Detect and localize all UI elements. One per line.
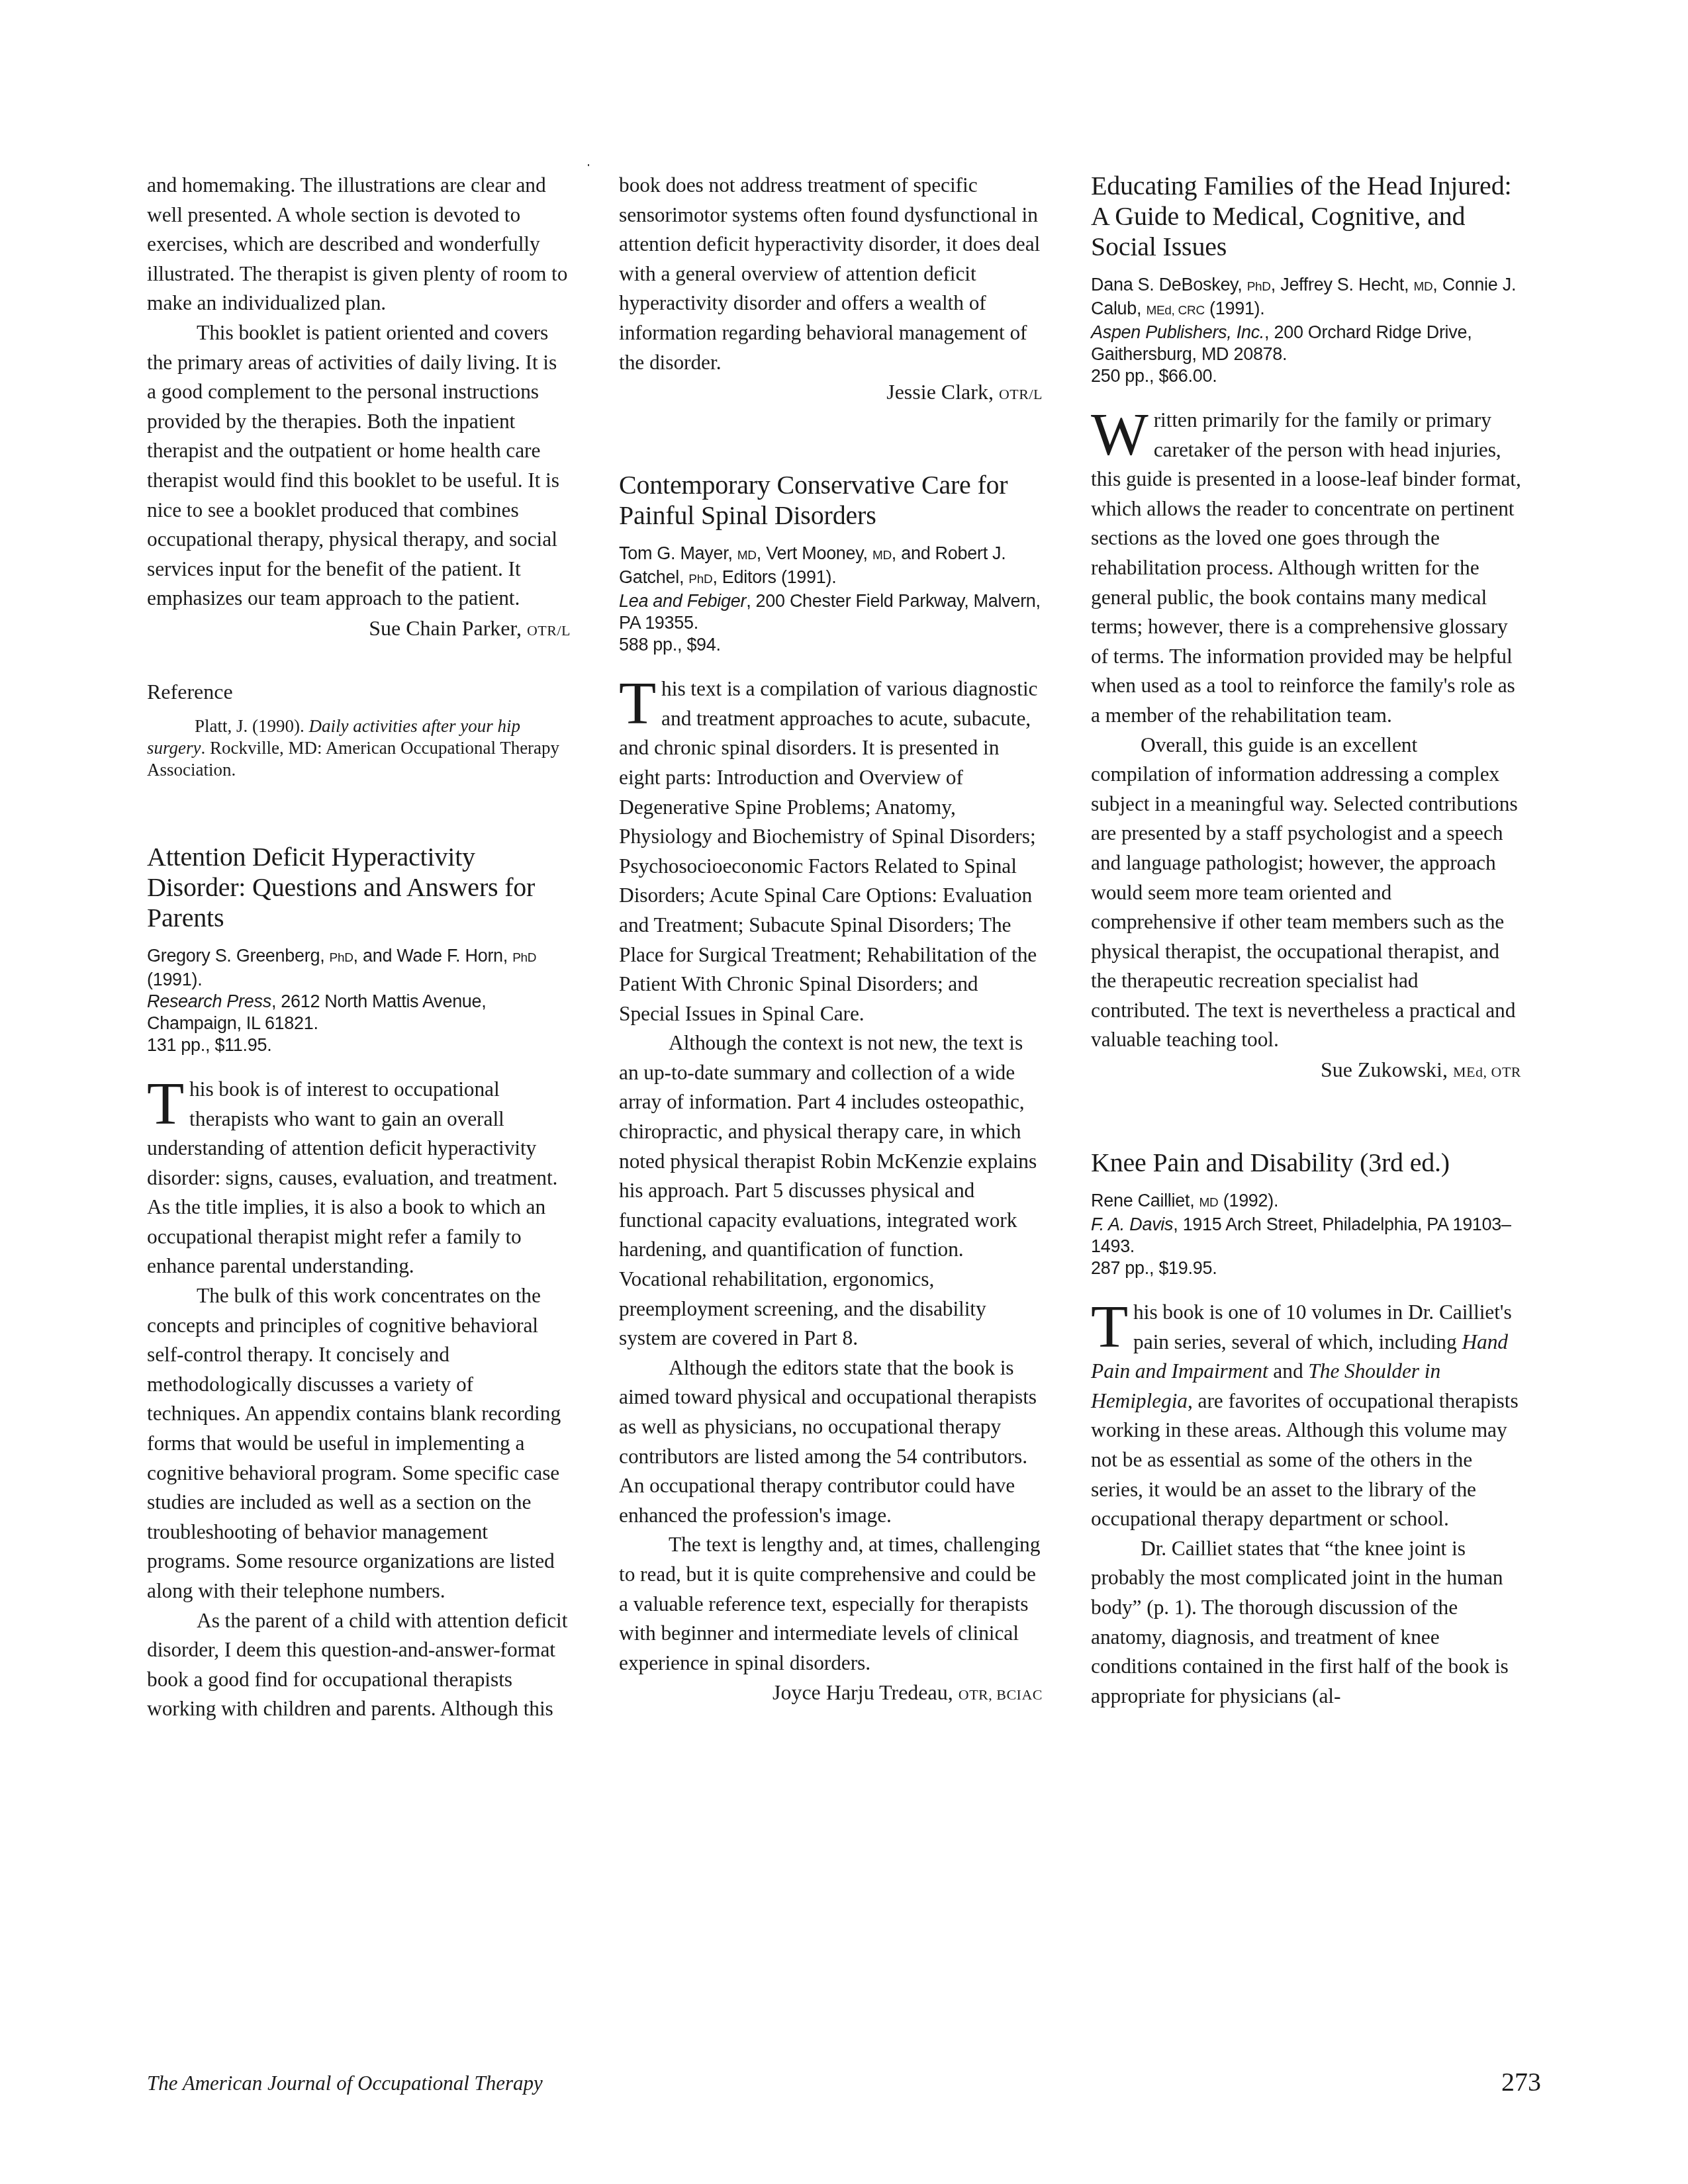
publisher: Lea and Febiger	[619, 591, 746, 611]
paragraph: As the parent of a child with attention …	[147, 1606, 571, 1724]
paragraph: Overall, this guide is an excellent comp…	[1091, 731, 1521, 1056]
paragraph: and homemaking. The illustrations are cl…	[147, 171, 571, 318]
bibliographic-info: Gregory S. Greenberg, PhD, and Wade F. H…	[147, 945, 571, 1056]
pages-price: 588 pp., $94.	[619, 635, 721, 655]
publisher: Research Press	[147, 991, 271, 1011]
reviewer-credentials: OTR, BCIAC	[959, 1686, 1043, 1703]
pages-price: 250 pp., $66.00.	[1091, 366, 1217, 386]
drop-cap: T	[147, 1079, 184, 1128]
bibliographic-info: Tom G. Mayer, MD, Vert Mooney, MD, and R…	[619, 543, 1043, 656]
reviewer-name: Sue Zukowski,	[1321, 1058, 1448, 1081]
bibliographic-info: Dana S. DeBoskey, PhD, Jeffrey S. Hecht,…	[1091, 274, 1521, 387]
paragraph: This book is one of 10 volumes in Dr. Ca…	[1091, 1298, 1521, 1534]
bibliographic-info: Rene Cailliet, MD (1992). F. A. Davis, 1…	[1091, 1190, 1521, 1279]
paragraph: The text is lengthy and, at times, chall…	[619, 1530, 1043, 1678]
reviewer-credentials: MEd, OTR	[1453, 1064, 1521, 1080]
review-title: Educating Families of the Head Injured: …	[1091, 171, 1521, 262]
paragraph: This text is a compilation of various di…	[619, 674, 1043, 1028]
reviewer-name: Sue Chain Parker,	[369, 616, 522, 640]
reviewer-credentials: OTR/L	[527, 622, 571, 639]
reviewer-signature: Sue Zukowski, MEd, OTR	[1091, 1055, 1521, 1087]
reviewer-name: Jessie Clark,	[886, 380, 994, 404]
paragraph: Although the context is not new, the tex…	[619, 1028, 1043, 1353]
paragraph: Written primarily for the family or prim…	[1091, 406, 1521, 731]
reviewer-name: Joyce Harju Tredeau,	[773, 1680, 953, 1704]
reviewer-signature: Joyce Harju Tredeau, OTR, BCIAC	[619, 1678, 1043, 1709]
column-1: and homemaking. The illustrations are cl…	[147, 171, 571, 1724]
paragraph: This booklet is patient oriented and cov…	[147, 318, 571, 614]
reference-heading: Reference	[147, 678, 571, 705]
reference-entry: Platt, J. (1990). Daily activities after…	[147, 715, 571, 781]
drop-cap: W	[1091, 410, 1149, 459]
journal-name: The American Journal of Occupational The…	[147, 2071, 543, 2095]
review-title: Contemporary Conservative Care for Painf…	[619, 470, 1043, 531]
paragraph: This book is of interest to occupational…	[147, 1075, 571, 1281]
publisher: F. A. Davis	[1091, 1214, 1173, 1234]
paragraph: Dr. Cailliet states that “the knee joint…	[1091, 1534, 1521, 1711]
reviewer-credentials: OTR/L	[999, 386, 1043, 402]
reviewer-signature: Sue Chain Parker, OTR/L	[147, 614, 571, 645]
paragraph: Although the editors state that the book…	[619, 1353, 1043, 1531]
page-number: 273	[1501, 2066, 1541, 2097]
publisher: Aspen Publishers, Inc.	[1091, 322, 1264, 342]
pages-price: 131 pp., $11.95.	[147, 1035, 271, 1055]
drop-cap: T	[619, 678, 656, 727]
pages-price: 287 pp., $19.95.	[1091, 1258, 1217, 1278]
review-title: Knee Pain and Disability (3rd ed.)	[1091, 1148, 1521, 1178]
paragraph: The bulk of this work concentrates on th…	[147, 1281, 571, 1606]
drop-cap: T	[1091, 1302, 1128, 1351]
paragraph: book does not address treatment of speci…	[619, 171, 1043, 377]
reviewer-signature: Jessie Clark, OTR/L	[619, 377, 1043, 409]
column-2: book does not address treatment of speci…	[619, 171, 1043, 1709]
review-title: Attention Deficit Hyperactivity Disorder…	[147, 842, 571, 933]
scan-speck	[588, 164, 589, 166]
column-3: Educating Families of the Head Injured: …	[1091, 171, 1521, 1711]
